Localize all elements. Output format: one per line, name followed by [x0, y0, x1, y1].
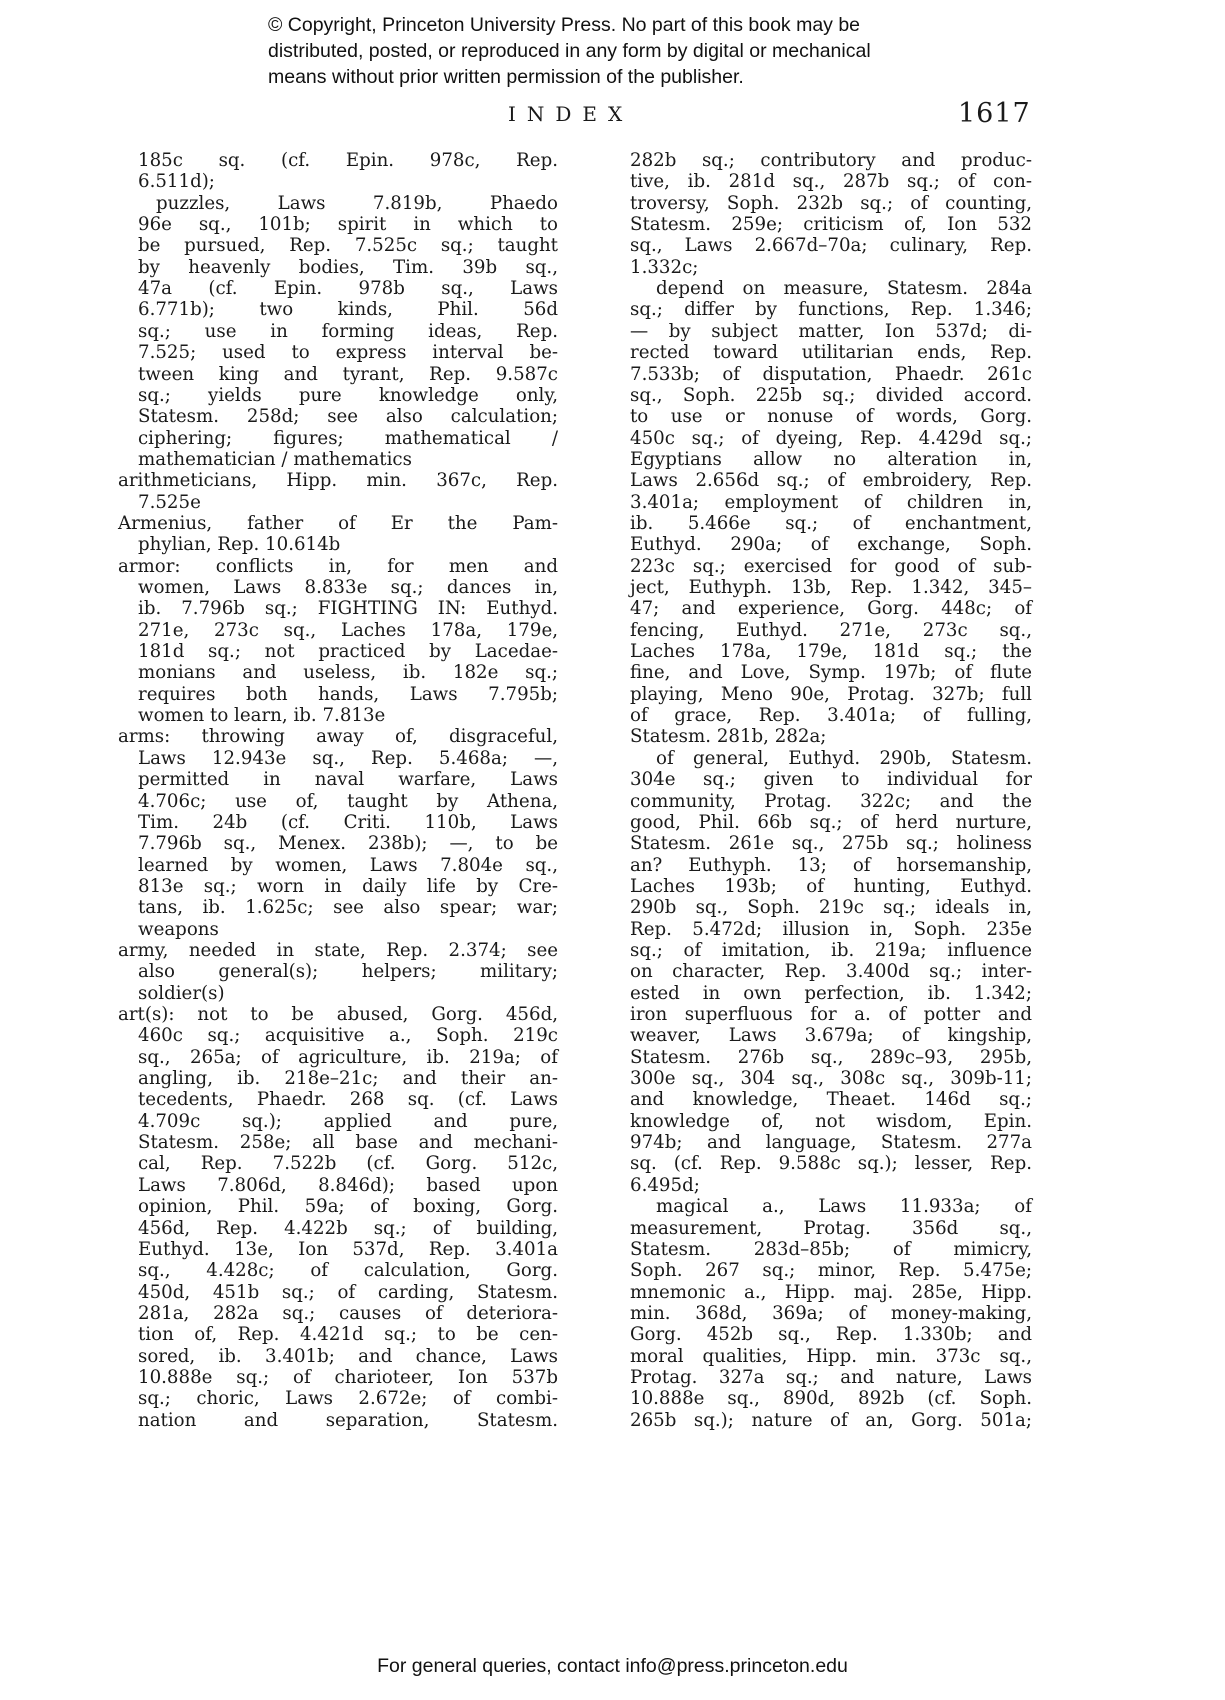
index-entry-line: mnemonic a., Hipp. maj. 285e, Hipp.	[630, 1282, 1032, 1304]
index-entry-line: 6.771b); two kinds, Phil. 56d	[138, 299, 558, 321]
index-entry-line: rected toward utilitarian ends, Rep.	[630, 342, 1032, 364]
index-entry-line: tween king and tyrant, Rep. 9.587c	[138, 364, 558, 386]
footer-contact: For general queries, contact info@press.…	[0, 1655, 1225, 1678]
index-entry-line: soldier(s)	[138, 983, 558, 1005]
copyright-line: means without prior written permission o…	[268, 64, 988, 90]
index-entry-line: Statesm. 258e; all base and mechani-	[138, 1132, 558, 1154]
index-entry-line: Tim. 24b (cf. Criti. 110b, Laws	[138, 812, 558, 834]
index-entry-line: of grace, Rep. 3.401a; of fulling,	[630, 705, 1032, 727]
index-entry-line: Statesm. 283d–85b; of mimicry,	[630, 1239, 1032, 1261]
index-entry-line: Euthyd. 13e, Ion 537d, Rep. 3.401a	[138, 1239, 558, 1261]
index-entry-line: sq., Laws 2.667d–70a; culinary, Rep.	[630, 235, 1032, 257]
index-entry-line: 47a (cf. Epin. 978b sq., Laws	[138, 278, 558, 300]
index-entry-line: women, Laws 8.833e sq.; dances in,	[138, 577, 558, 599]
index-entry-line: 223c sq.; exercised for good of sub-	[630, 556, 1032, 578]
index-entry-line: sq. (cf. Rep. 9.588c sq.); lesser, Rep.	[630, 1153, 1032, 1175]
index-entry-line: sq.; differ by functions, Rep. 1.346;	[630, 299, 1032, 321]
index-entry-line: sored, ib. 3.401b; and chance, Laws	[138, 1346, 558, 1368]
index-entry-line: 300e sq., 304 sq., 308c sq., 309b-11;	[630, 1068, 1032, 1090]
index-entry-line: 10.888e sq.; of charioteer, Ion 537b	[138, 1367, 558, 1389]
index-entry-line: 450d, 451b sq.; of carding, Statesm.	[138, 1282, 558, 1304]
index-entry-line: 450c sq.; of dyeing, Rep. 4.429d sq.;	[630, 428, 1032, 450]
index-entry-line: be pursued, Rep. 7.525c sq.; taught	[138, 235, 558, 257]
index-entry-line: 4.706c; use of, taught by Athena,	[138, 791, 558, 813]
index-entry-line: by heavenly bodies, Tim. 39b sq.,	[138, 257, 558, 279]
index-entry-line: Statesm. 258d; see also calculation;	[138, 406, 558, 428]
index-entry-line: 281a, 282a sq.; causes of deteriora-	[138, 1303, 558, 1325]
index-entry-line: monians and useless, ib. 182e sq.;	[138, 662, 558, 684]
index-entry-line: magical a., Laws 11.933a; of	[656, 1196, 1032, 1218]
index-entry-line: 7.533b; of disputation, Phaedr. 261c	[630, 364, 1032, 386]
index-entry-line: tive, ib. 281d sq., 287b sq.; of con-	[630, 171, 1032, 193]
index-entry-line: ib. 7.796b sq.; FIGHTING IN: Euthyd.	[138, 598, 558, 620]
index-entry-line: sq., 265a; of agriculture, ib. 219a; of	[138, 1047, 558, 1069]
index-entry-line: 974b; and language, Statesm. 277a	[630, 1132, 1032, 1154]
index-entry-line: iron superfluous for a. of potter and	[630, 1004, 1032, 1026]
index-entry-line: fencing, Euthyd. 271e, 273c sq.,	[630, 620, 1032, 642]
index-entry-line: 304e sq.; given to individual for	[630, 769, 1032, 791]
index-entry-line: permitted in naval warfare, Laws	[138, 769, 558, 791]
running-title: INDEX	[508, 102, 633, 126]
index-entry-line: tans, ib. 1.625c; see also spear; war;	[138, 897, 558, 919]
index-entry-line: Laches 193b; of hunting, Euthyd.	[630, 876, 1032, 898]
index-entry-line: phylian, Rep. 10.614b	[138, 534, 558, 556]
index-entry-line: women to learn, ib. 7.813e	[138, 705, 558, 727]
index-entry-line: cal, Rep. 7.522b (cf. Gorg. 512c,	[138, 1153, 558, 1175]
index-entry-line: and knowledge, Theaet. 146d sq.;	[630, 1089, 1032, 1111]
index-entry-line: fine, and Love, Symp. 197b; of flute	[630, 662, 1032, 684]
index-entry-line: 271e, 273c sq., Laches 178a, 179e,	[138, 620, 558, 642]
index-entry-line: 4.709c sq.); applied and pure,	[138, 1111, 558, 1133]
index-entry-line: 460c sq.; acquisitive a., Soph. 219c	[138, 1025, 558, 1047]
index-entry-line: troversy, Soph. 232b sq.; of counting,	[630, 193, 1032, 215]
index-entry-line: to use or nonuse of words, Gorg.	[630, 406, 1032, 428]
index-entry-line: measurement, Protag. 356d sq.,	[630, 1218, 1032, 1240]
index-entry-line: 6.495d;	[630, 1175, 1032, 1197]
index-entry-heading-line: Armenius, father of Er the Pam-	[118, 513, 558, 535]
index-entry-line: 181d sq.; not practiced by Lacedae-	[138, 641, 558, 663]
index-entry-line: 3.401a; employment of children in,	[630, 492, 1032, 514]
index-entry-line: 7.796b sq., Menex. 238b); —, to be	[138, 833, 558, 855]
index-entry-line: 456d, Rep. 4.422b sq.; of building,	[138, 1218, 558, 1240]
index-entry-line: sq.; yields pure knowledge only,	[138, 385, 558, 407]
index-entry-line: Laches 178a, 179e, 181d sq.; the	[630, 641, 1032, 663]
index-entry-line: on character, Rep. 3.400d sq.; inter-	[630, 961, 1032, 983]
index-entry-line: angling, ib. 218e–21c; and their an-	[138, 1068, 558, 1090]
index-entry-line: Statesm. 276b sq., 289c–93, 295b,	[630, 1047, 1032, 1069]
index-entry-line: sq.; use in forming ideas, Rep.	[138, 321, 558, 343]
index-entry-line: min. 368d, 369a; of money-making,	[630, 1303, 1032, 1325]
index-entry-line: Laws 2.656d sq.; of embroidery, Rep.	[630, 470, 1032, 492]
index-entry-line: 47; and experience, Gorg. 448c; of	[630, 598, 1032, 620]
index-entry-line: ib. 5.466e sq.; of enchantment,	[630, 513, 1032, 535]
index-entry-line: Laws 7.806d, 8.846d); based upon	[138, 1175, 558, 1197]
index-entry-line: tecedents, Phaedr. 268 sq. (cf. Laws	[138, 1089, 558, 1111]
index-entry-line: ject, Euthyph. 13b, Rep. 1.342, 345–	[630, 577, 1032, 599]
index-entry-line: ested in own perfection, ib. 1.342;	[630, 983, 1032, 1005]
index-entry-line: ciphering; figures; mathematical /	[138, 428, 558, 450]
index-entry-line: requires both hands, Laws 7.795b;	[138, 684, 558, 706]
index-entry-heading-line: arithmeticians, Hipp. min. 367c, Rep.	[118, 470, 558, 492]
index-entry-line: mathematician / mathematics	[138, 449, 558, 471]
index-entry-line: weapons	[138, 919, 558, 941]
index-entry-line: 290b sq., Soph. 219c sq.; ideals in,	[630, 897, 1032, 919]
index-entry-line: an? Euthyph. 13; of horsemanship,	[630, 855, 1032, 877]
index-entry-line: knowledge of, not wisdom, Epin.	[630, 1111, 1032, 1133]
index-entry-line: Laws 12.943e sq., Rep. 5.468a; —,	[138, 748, 558, 770]
index-entry-line: Rep. 5.472d; illusion in, Soph. 235e	[630, 919, 1032, 941]
index-entry-line: Soph. 267 sq.; minor, Rep. 5.475e;	[630, 1260, 1032, 1282]
index-entry-line: Statesm. 261e sq., 275b sq.; holiness	[630, 833, 1032, 855]
index-entry-line: moral qualities, Hipp. min. 373c sq.,	[630, 1346, 1032, 1368]
index-entry-line: tion of, Rep. 4.421d sq.; to be cen-	[138, 1324, 558, 1346]
copyright-line: distributed, posted, or reproduced in an…	[268, 38, 988, 64]
index-entry-line: 185c sq. (cf. Epin. 978c, Rep.	[138, 150, 558, 172]
index-entry-line: 265b sq.); nature of an, Gorg. 501a;	[630, 1410, 1032, 1432]
index-entry-line: 96e sq., 101b; spirit in which to	[138, 214, 558, 236]
index-entry-line: 7.525; used to express interval be-	[138, 342, 558, 364]
index-entry-line: sq., Soph. 225b sq.; divided accord.	[630, 385, 1032, 407]
index-entry-line: of general, Euthyd. 290b, Statesm.	[656, 748, 1032, 770]
index-entry-line: learned by women, Laws 7.804e sq.,	[138, 855, 558, 877]
index-entry-line: sq.; of imitation, ib. 219a; influence	[630, 940, 1032, 962]
index-entry-line: Euthyd. 290a; of exchange, Soph.	[630, 534, 1032, 556]
index-entry-line: 6.511d);	[138, 171, 558, 193]
index-entry-line: Egyptians allow no alteration in,	[630, 449, 1032, 471]
running-head: INDEX 1617	[0, 98, 1225, 132]
index-entry-line: opinion, Phil. 59a; of boxing, Gorg.	[138, 1196, 558, 1218]
index-entry-line: Gorg. 452b sq., Rep. 1.330b; and	[630, 1324, 1032, 1346]
copyright-line: © Copyright, Princeton University Press.…	[268, 12, 988, 38]
index-entry-line: playing, Meno 90e, Protag. 327b; full	[630, 684, 1032, 706]
index-entry-line: 10.888e sq., 890d, 892b (cf. Soph.	[630, 1388, 1032, 1410]
index-entry-line: weaver, Laws 3.679a; of kingship,	[630, 1025, 1032, 1047]
index-entry-line: 282b sq.; contributory and produc-	[630, 150, 1032, 172]
index-entry-heading-line: armor: conflicts in, for men and	[118, 556, 558, 578]
copyright-notice: © Copyright, Princeton University Press.…	[268, 12, 988, 90]
index-entry-line: good, Phil. 66b sq.; of herd nurture,	[630, 812, 1032, 834]
index-entry-line: depend on measure, Statesm. 284a	[656, 278, 1032, 300]
index-entry-line: nation and separation, Statesm.	[138, 1410, 558, 1432]
index-entry-line: — by subject matter, Ion 537d; di-	[630, 321, 1032, 343]
index-entry-line: 1.332c;	[630, 257, 1032, 279]
index-entry-line: Statesm. 281b, 282a;	[630, 726, 1032, 748]
index-entry-line: puzzles, Laws 7.819b, Phaedo	[156, 193, 558, 215]
index-entry-line: sq., 4.428c; of calculation, Gorg.	[138, 1260, 558, 1282]
index-entry-line: Statesm. 259e; criticism of, Ion 532	[630, 214, 1032, 236]
index-entry-line: Protag. 327a sq.; and nature, Laws	[630, 1367, 1032, 1389]
index-entry-line: community, Protag. 322c; and the	[630, 791, 1032, 813]
page-number: 1617	[958, 98, 1031, 129]
index-entry-line: also general(s); helpers; military;	[138, 961, 558, 983]
index-entry-heading-line: arms: throwing away of, disgraceful,	[118, 726, 558, 748]
index-entry-line: sq.; choric, Laws 2.672e; of combi-	[138, 1388, 558, 1410]
index-entry-heading-line: army, needed in state, Rep. 2.374; see	[118, 940, 558, 962]
index-entry-line: 7.525e	[138, 492, 558, 514]
index-entry-heading-line: art(s): not to be abused, Gorg. 456d,	[118, 1004, 558, 1026]
index-entry-line: 813e sq.; worn in daily life by Cre-	[138, 876, 558, 898]
